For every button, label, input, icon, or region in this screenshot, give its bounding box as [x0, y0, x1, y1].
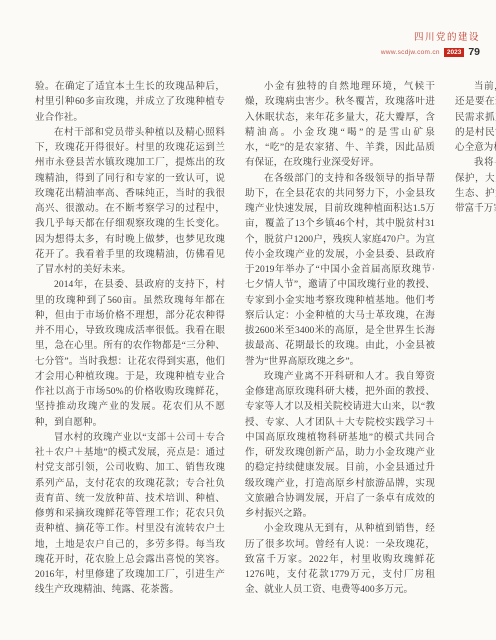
article-paragraph: 小金玫瑰从无到有，从种植到销售，经历了很多坎坷。曾经有人说：一朵玫瑰花，致富千万…: [245, 522, 435, 598]
article-paragraph: 验。在确定了适宜本土生长的玫瑰品种后，村里引种60多亩玫瑰，并成立了玫瑰种植专业…: [35, 80, 225, 126]
article-body: 验。在确定了适宜本土生长的玫瑰品种后，村里引种60多亩玫瑰，并成立了玫瑰种植专业…: [35, 80, 435, 614]
magazine-website: www.scdjw.com.cn: [381, 49, 440, 56]
magazine-page: 四川党的建设 www.scdjw.com.cn 2023 79 验。在确定了适宜…: [0, 0, 496, 640]
page-header: 四川党的建设 www.scdjw.com.cn 2023 79: [381, 32, 480, 58]
article-paragraph: 冒水村的玫瑰产业以“支部＋公司＋专合社＋农户＋基地”的模式发展，亮点是：通过村党…: [35, 431, 225, 599]
article-paragraph-text: 我将与冒水村村民一道，积极投身生态保护，大力发展绿色产业。护好初心、护好生态、护…: [455, 158, 496, 214]
article-paragraph: 当前，虽然村民的利益多元化，但关键还是要在致富上找发展路子，村里要立足村民需求抓…: [455, 80, 496, 156]
article-paragraph: 我将与冒水村村民一道，积极投身生态保护，大力发展绿色产业。护好初心、护好生态、护…: [455, 156, 496, 217]
article-paragraph: 在村干部和党员带头种植以及精心照料下，玫瑰花开得很好。村里的玫瑰花运到兰州市永登…: [35, 126, 225, 279]
issue-badge: 2023: [444, 48, 464, 57]
article-paragraph: 在各级部门的支持和各级领导的指导帮助下，在全县花农的共同努力下，小金县玫瑰产业快…: [245, 172, 435, 370]
article-paragraph: 玫瑰产业离不开科研和人才。我自筹资金修建高原玫瑰科研大楼，把外面的教授、专家等人…: [245, 370, 435, 523]
magazine-name: 四川党的建设: [381, 32, 480, 44]
page-number: 79: [468, 46, 480, 58]
header-meta-row: www.scdjw.com.cn 2023 79: [381, 46, 480, 58]
article-paragraph: 小金有独特的自然地理环境，气候干燥，玫瑰病虫害少。秋冬覆苫，玫瑰落叶进入休眠状态…: [245, 80, 435, 172]
article-paragraph: 2014年，在县委、县政府的支持下，村里的玫瑰种到了560亩。虽然玫瑰每年都在种…: [35, 278, 225, 431]
